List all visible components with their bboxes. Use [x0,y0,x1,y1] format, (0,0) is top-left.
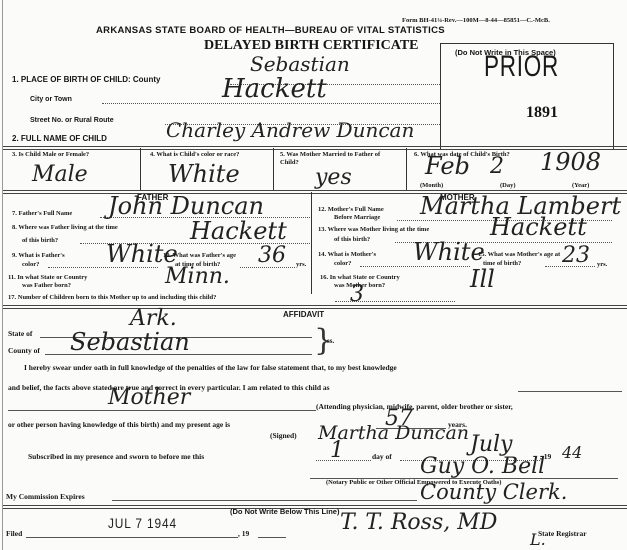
q10-label: 10. What was Father's age [163,252,236,260]
file-number: 1891 [526,104,558,122]
relation-line-1 [518,391,622,392]
day-of-label: day of [372,452,392,461]
year-caption: (Year) [572,182,589,189]
father-name-value: John Duncan [108,192,264,220]
relation-line-2 [8,410,316,411]
parents-divider [311,192,312,294]
filed-date-stamp: JUL 7 1944 [108,515,177,531]
child-full-name: Charley Andrew Duncan [166,118,414,142]
divider [3,305,627,309]
filed-line [26,537,238,538]
q8-label-cont: of this birth? [22,237,58,245]
oath-line-1: I hereby swear under oath in full knowle… [24,363,397,372]
mother-birthplace-value: Ill [470,265,495,293]
q16-label: 16. In what State or Country [320,274,400,282]
mother-color-value: White [413,238,485,266]
col-divider [140,148,141,190]
agency-heading: ARKANSAS STATE BOARD OF HEALTH—BUREAU OF… [96,25,445,36]
father-residence-value: Hackett [190,217,287,245]
q3-label: 3. Is Child Male or Female? [12,151,112,159]
subscribed-label: Subscribed in my presence and sworn to b… [28,452,204,461]
q4-label: 4. What is Child's color or race? [150,151,240,159]
affidavit-county-value: Sebastian [70,328,190,356]
item1-label: 1. PLACE OF BIRTH OF CHILD: County [12,75,160,84]
q8-label: 8. Where was Father living at the time [12,224,118,232]
sworn-year-value: 44 [562,443,582,462]
q13-label-cont: of this birth? [334,236,370,244]
father-yrs: yrs. [296,261,306,268]
signed-label: (Signed) [270,431,297,440]
q17-label: 17. Number of Children born to this Moth… [8,294,216,302]
q12-label: 12. Mother's Full Name [318,206,384,214]
prior-stamp: PRIOR [484,50,559,84]
relation-value: Mother [108,385,190,410]
item2-label: 2. FULL NAME OF CHILD [12,134,107,143]
q12-label-cont: Before Marriage [334,214,380,222]
filed-year-line [258,537,286,538]
commission-label: My Commission Expires [6,492,85,501]
filed-year-prefix: , 19 [238,529,249,538]
oath-line-4: or other person having knowledge of this… [8,420,230,429]
children-count-value: 3 [350,282,364,307]
q14-line [360,266,470,267]
q15-label: 15. What was Mother's age at [478,251,560,259]
day-caption: (Day) [500,182,516,189]
q11-label-cont: was Father born? [22,282,71,290]
commission-line [112,500,417,501]
left-edge [2,0,3,550]
mother-yrs: yrs. [597,261,607,268]
divider [3,146,627,150]
col-divider [406,148,407,190]
q6-day-value: 2 [490,154,504,179]
city-label: City or Town [30,96,72,104]
q3-sex-value: Male [32,162,88,187]
sworn-day-value: 1 [330,438,344,463]
col-divider [273,148,274,190]
q4-race-value: White [168,160,240,188]
birth-county-value: Sebastian [250,52,350,76]
delayed-birth-certificate: Form BH-41¼-Rev.—100M—8-44—85851—C.-McB.… [0,0,627,550]
q14-label: 14. What is Mother's [318,251,376,259]
street-label: Street No. or Rural Route [30,117,114,124]
mother-residence-value: Hackett [490,213,587,241]
q6-month-value: Feb [425,152,470,180]
q13-label: 13. Where was Mother living at the time [318,226,429,234]
filed-label: Filed [6,529,22,538]
month-caption: (Month) [420,182,443,189]
q6-year-value: 1908 [540,148,601,176]
q9-label-cont: color? [22,261,39,269]
affidavit-heading: AFFIDAVIT [283,310,324,319]
q14-label-cont: color? [334,260,351,268]
notary-signature[interactable]: Guy O. Bell [420,454,545,479]
q9-label: 9. What is Father's [12,252,65,260]
birth-city-value: Hackett [222,74,327,104]
mother-age-value: 23 [562,243,590,268]
q11-label: 11. In what State or Country [8,274,87,282]
state-label: State of [8,329,32,338]
registrar-label: State Registrar [538,529,587,538]
q7-label: 7. Father's Full Name [12,210,72,218]
q5-married-value: yes [315,165,352,190]
form-number: Form BH-41¼-Rev.—100M—8-44—85851—C.-McB. [402,17,550,24]
oath-line-3: (Attending physician, midwife, parent, o… [316,402,513,411]
do-not-write-below: (Do Not Write Below This Line) [230,507,339,516]
notary-title-value: County Clerk. [420,480,567,504]
father-birthplace-value: Minn. [165,264,230,289]
registrar-signature[interactable]: T. T. Ross, MD [340,510,497,535]
county-label: County of [8,346,40,355]
father-age-value: 36 [258,243,286,268]
office-use-box: (Do Not Write in This Space) PRIOR 1891 [440,43,614,149]
ss-label: ss. [327,337,334,345]
